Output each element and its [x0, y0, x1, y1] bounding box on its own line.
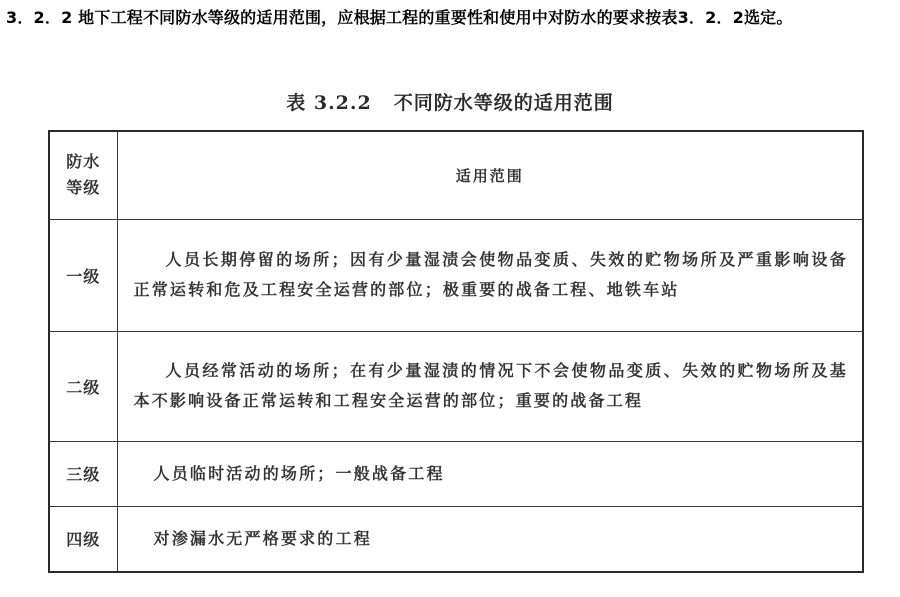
waterproof-grade-table: 防水 等级 适用范围 一级 人员长期停留的场所；因有少量湿渍会使物品变质、失效的… — [48, 130, 864, 573]
grade-cell: 一级 — [49, 219, 117, 331]
header-grade-line1: 防水 — [50, 149, 117, 175]
grade-cell: 二级 — [49, 331, 117, 441]
table-caption-number: 表 3.2.2 — [286, 92, 372, 114]
scope-cell: 人员经常活动的场所；在有少量湿渍的情况下不会使物品变质、失效的贮物场所及基本不影… — [117, 331, 863, 441]
intro-paragraph: 3．2．2 地下工程不同防水等级的适用范围，应根据工程的重要性和使用中对防水的要… — [6, 4, 896, 32]
table-row: 三级 人员临时活动的场所；一般战备工程 — [49, 441, 863, 506]
header-grade: 防水 等级 — [49, 131, 117, 219]
scope-cell: 人员长期停留的场所；因有少量湿渍会使物品变质、失效的贮物场所及严重影响设备正常运… — [117, 219, 863, 331]
grade-cell: 四级 — [49, 506, 117, 572]
grade-cell: 三级 — [49, 441, 117, 506]
table-row: 一级 人员长期停留的场所；因有少量湿渍会使物品变质、失效的贮物场所及严重影响设备… — [49, 219, 863, 331]
table-header-row: 防水 等级 适用范围 — [49, 131, 863, 219]
table-caption-title: 不同防水等级的适用范围 — [394, 92, 614, 114]
scope-cell: 对渗漏水无严格要求的工程 — [117, 506, 863, 572]
header-scope: 适用范围 — [117, 131, 863, 219]
scope-cell: 人员临时活动的场所；一般战备工程 — [117, 441, 863, 506]
table-caption: 表 3.2.2不同防水等级的适用范围 — [0, 88, 900, 115]
table-row: 四级 对渗漏水无严格要求的工程 — [49, 506, 863, 572]
table-row: 二级 人员经常活动的场所；在有少量湿渍的情况下不会使物品变质、失效的贮物场所及基… — [49, 331, 863, 441]
header-grade-line2: 等级 — [50, 175, 117, 201]
